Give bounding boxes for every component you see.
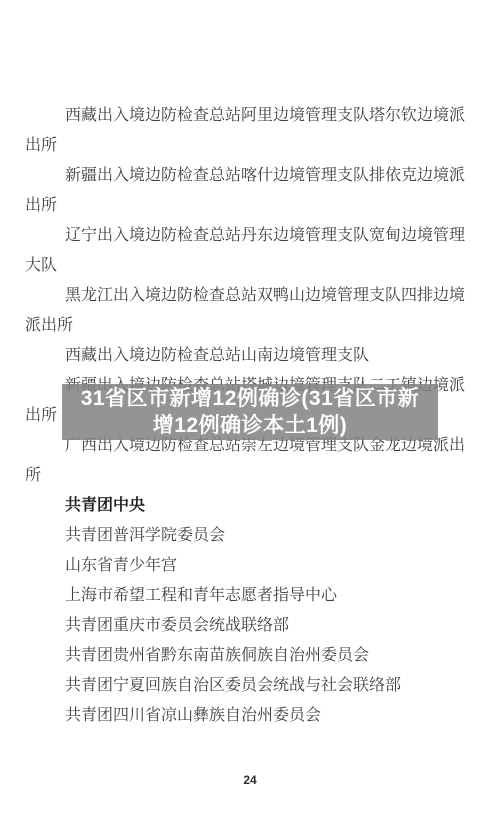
org-paragraph: 共青团贵州省黔东南苗族侗族自治州委员会 [25,641,469,671]
news-title-overlay: 31省区市新增12例确诊(31省区市新 增12例确诊本土1例) [62,384,438,440]
org-paragraph: 共青团宁夏回族自治区委员会统战与社会联络部 [25,671,469,701]
org-paragraph: 上海市希望工程和青年志愿者指导中心 [25,581,469,611]
station-paragraph: 西藏出入境边防检查总站山南边境管理支队 [25,341,469,371]
overlay-title-line-2: 增12例确诊本土1例) [62,412,438,439]
station-paragraph: 辽宁出入境边防检查总站丹东边境管理支队宽甸边境管理大队 [25,221,469,281]
org-paragraph: 共青团四川省凉山彝族自治州委员会 [25,701,469,731]
overlay-title-line-1: 31省区市新增12例确诊(31省区市新 [62,385,438,412]
page-number: 24 [0,773,500,787]
section-heading: 共青团中央 [25,491,469,521]
org-paragraph: 共青团重庆市委员会统战联络部 [25,611,469,641]
org-paragraph: 共青团普洱学院委员会 [25,521,469,551]
station-paragraph: 西藏出入境边防检查总站阿里边境管理支队塔尔钦边境派出所 [25,101,469,161]
station-paragraph: 新疆出入境边防检查总站喀什边境管理支队排依克边境派出所 [25,161,469,221]
station-paragraph: 黑龙江出入境边防检查总站双鸭山边境管理支队四排边境派出所 [25,281,469,341]
org-paragraph: 山东省青少年宫 [25,551,469,581]
station-paragraph: 广西出入境边防检查总站崇左边境管理支队金龙边境派出所 [25,431,469,491]
